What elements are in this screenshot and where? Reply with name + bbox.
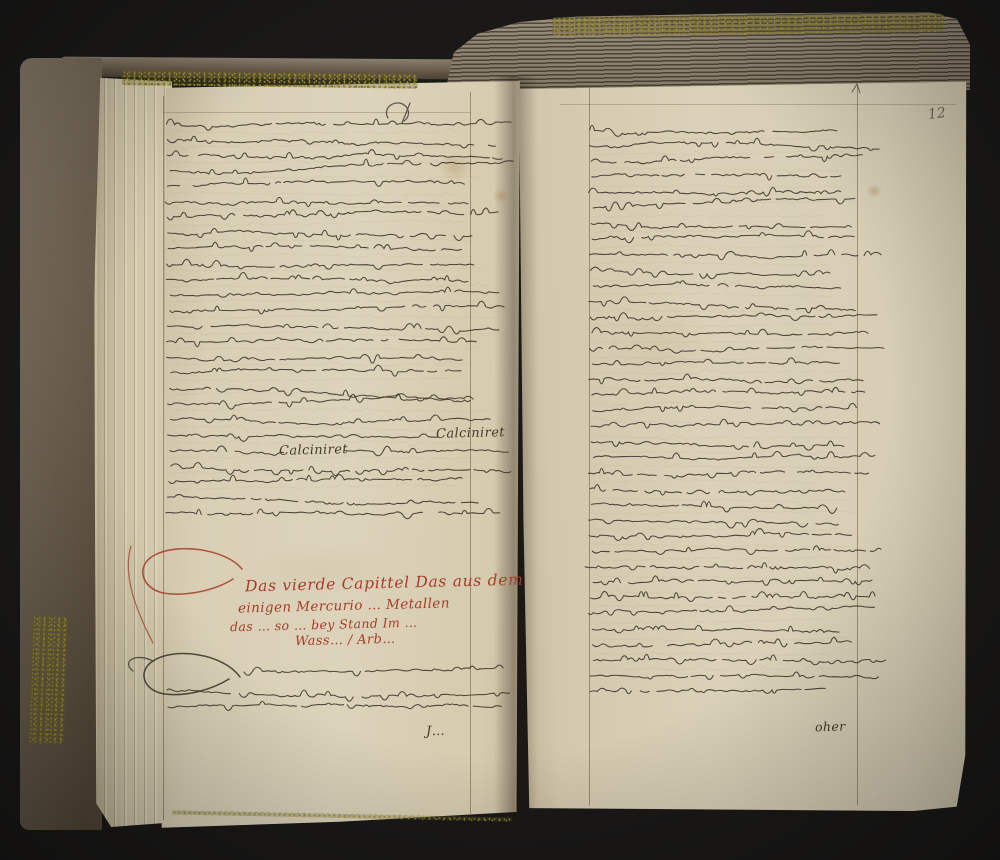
paper-stain	[600, 300, 720, 390]
left-page-stack-edges	[94, 74, 172, 830]
left-page-right-margin-rule	[470, 92, 471, 814]
marginal-word-calciniret-1: Calciniret	[436, 425, 505, 442]
left-page-left-margin-rule	[163, 96, 164, 820]
right-page-top-rule	[560, 104, 956, 105]
paper-stain	[438, 152, 472, 182]
right-page	[518, 78, 968, 814]
left-page-catchword: J…	[426, 724, 445, 739]
chapter-heading-line-4: Wass… / Arb…	[295, 632, 396, 649]
speckled-edge-left-side	[28, 615, 68, 744]
right-page-catchword: oher	[815, 719, 846, 735]
marginal-word-calciniret-2: Calciniret	[279, 442, 348, 459]
right-page-right-margin-rule	[857, 85, 858, 805]
manuscript-photo: Calciniret Calciniret Das vierde Capitte…	[0, 0, 1000, 860]
paper-stain	[492, 188, 510, 204]
paper-stain	[866, 184, 882, 198]
page-number: 12	[927, 105, 947, 123]
right-page-left-margin-rule	[589, 88, 590, 806]
left-page-top-rule	[163, 112, 471, 113]
